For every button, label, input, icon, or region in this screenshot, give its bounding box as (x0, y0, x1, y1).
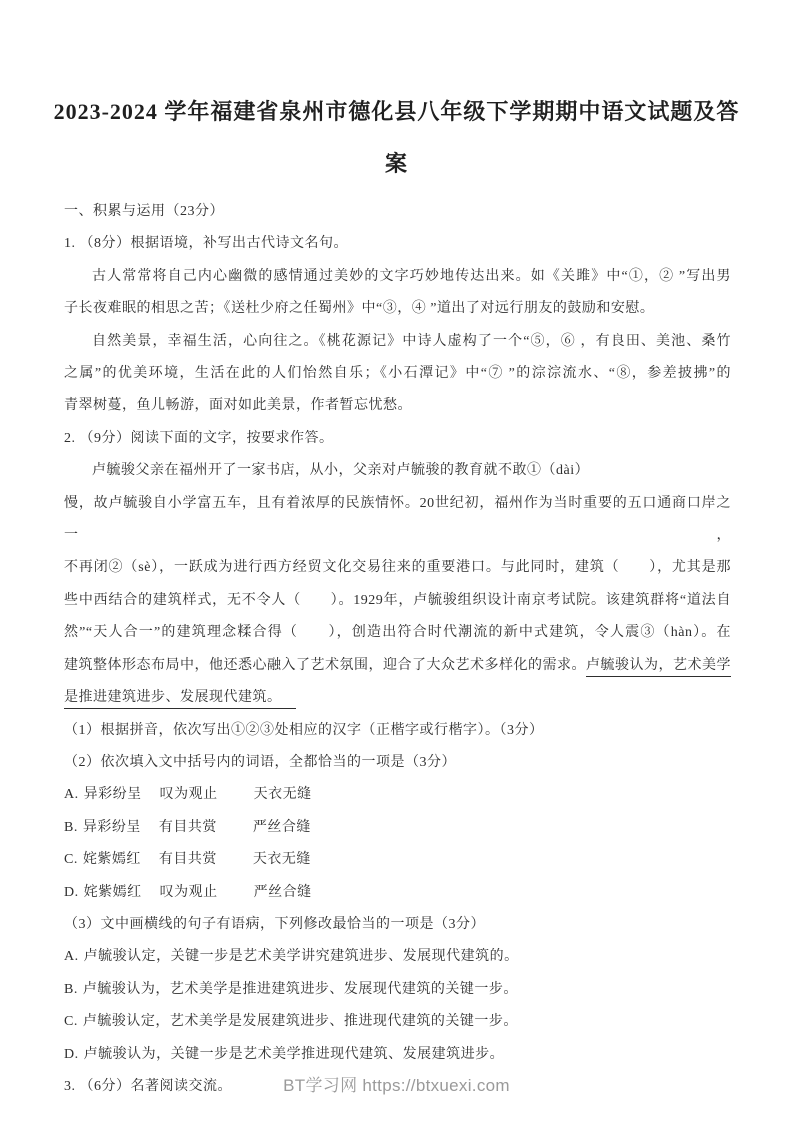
q2-passage-line-1: 卢毓骏父亲在福州开了一家书店，从小，父亲对卢毓骏的教育就不敢①（dài） (64, 455, 731, 487)
option-text: 卢毓骏认定，关键一步是艺术美学讲究建筑进步、发展现代建筑的。 (84, 949, 519, 964)
q2-sub3-option-b: B.卢毓骏认为，艺术美学是推进建筑进步、发展现代建筑的关键一步。 (64, 974, 731, 1006)
document-body: 一、积累与运用（23分） 1. （8分）根据语境，补写出古代诗文名句。 古人常常… (0, 190, 793, 1103)
q2-subquestion-3: （3）文中画横线的句子有语病，下列修改最恰当的一项是（3分） (64, 909, 731, 941)
watermark-footer: BT学习网 https://btxuexi.com (0, 1071, 793, 1096)
document-title-line-2: 案 (40, 138, 753, 190)
option-word: 有目共赏 (159, 820, 217, 835)
option-letter: C. (64, 852, 78, 867)
q2-sub3-option-a: A.卢毓骏认定，关键一步是艺术美学讲究建筑进步、发展现代建筑的。 (64, 941, 731, 973)
q2-passage-line-3: 不再闭②（sè），一跃成为进行西方经贸文化交易往来的重要港口。与此同时，建筑（ … (64, 552, 731, 584)
q2-sub2-option-b: B.异彩纷呈有目共赏严丝合缝 (64, 812, 731, 844)
option-letter: A. (64, 949, 79, 964)
q2-sub2-option-d: D.姹紫嫣红叹为观止严丝合缝 (64, 877, 731, 909)
document-title: 2023-2024 学年福建省泉州市德化县八年级下学期期中语文试题及答 案 (0, 0, 793, 190)
option-word: 有目共赏 (159, 852, 217, 867)
q2-underlined-sentence-part-2: 是推进建筑进步、发展现代建筑。 (64, 690, 296, 709)
option-letter: A. (64, 787, 79, 802)
option-word: 严丝合缝 (253, 820, 311, 835)
q2-passage-line-6-text: 建筑整体形态布局中，他还悉心融入了艺术氛围，迎合了大众艺术多样化的需求。 (64, 658, 586, 673)
option-letter: D. (64, 1047, 79, 1062)
q1-context-paragraph-1-line-1: 古人常常将自己内心幽微的感情通过美妙的文字巧妙地传达出来。如《关雎》中“①，② … (64, 261, 731, 293)
q2-passage-line-7: 是推进建筑进步、发展现代建筑。 (64, 682, 731, 714)
option-letter: B. (64, 820, 78, 835)
q2-sub2-option-c: C.姹紫嫣红有目共赏天衣无缝 (64, 844, 731, 876)
option-text: 卢毓骏认为，关键一步是艺术美学推进现代建筑、发展建筑进步。 (84, 1047, 505, 1062)
q2-underlined-sentence-part-1: 卢毓骏认为，艺术美学 (586, 658, 731, 677)
option-word: 严丝合缝 (254, 885, 312, 900)
q2-subquestion-1: （1）根据拼音，依次写出①②③处相应的汉字（正楷字或行楷字）。（3分） (64, 715, 731, 747)
q1-context-paragraph-2-line-2: 之属”的优美环境，生活在此的人们怡然自乐；《小石潭记》中“⑦ ”的淙淙流水、“⑧… (64, 358, 731, 390)
document-title-line-1: 2023-2024 学年福建省泉州市德化县八年级下学期期中语文试题及答 (40, 86, 753, 138)
option-text: 卢毓骏认定，艺术美学是发展建筑进步、推进现代建筑的关键一步。 (83, 1014, 518, 1029)
option-letter: C. (64, 1014, 78, 1029)
q2-subquestion-2: （2）依次填入文中括号内的词语，全都恰当的一项是（3分） (64, 747, 731, 779)
q2-sub2-option-a: A.异彩纷呈叹为观止天衣无缝 (64, 779, 731, 811)
q1-context-paragraph-1-line-2: 子长夜难眠的相思之苦；《送杜少府之任蜀州》中“③，④ ”道出了对远行朋友的鼓励和… (64, 293, 731, 325)
q2-passage-line-6: 建筑整体形态布局中，他还悉心融入了艺术氛围，迎合了大众艺术多样化的需求。卢毓骏认… (64, 650, 731, 682)
q1-context-paragraph-2-line-3: 青翠树蔓，鱼儿畅游，面对如此美景，作者暂忘忧愁。 (64, 390, 731, 422)
q2-passage-line-4: 些中西结合的建筑样式，无不令人（ ）。1929年，卢毓骏组织设计南京考试院。该建… (64, 585, 731, 617)
option-word: 叹为观止 (160, 787, 218, 802)
option-word: 异彩纷呈 (84, 787, 142, 802)
question-2-heading: 2. （9分）阅读下面的文字，按要求作答。 (64, 423, 731, 455)
q2-sub3-option-d: D.卢毓骏认为，关键一步是艺术美学推进现代建筑、发展建筑进步。 (64, 1039, 731, 1071)
option-word: 异彩纷呈 (83, 820, 141, 835)
q2-passage-line-5: 然”“天人合一”的建筑理念糅合得（ ），创造出符合时代潮流的新中式建筑，令人震③… (64, 617, 731, 649)
option-word: 天衣无缝 (253, 852, 311, 867)
option-text: 卢毓骏认为，艺术美学是推进建筑进步、发展现代建筑的关键一步。 (83, 982, 518, 997)
exam-document-page: 2023-2024 学年福建省泉州市德化县八年级下学期期中语文试题及答 案 一、… (0, 0, 793, 1122)
q2-passage-line-2: 慢，故卢毓骏自小学富五车，且有着浓厚的民族情怀。20世纪初，福州作为当时重要的五… (64, 488, 731, 553)
section-1-heading: 一、积累与运用（23分） (64, 196, 731, 228)
option-word: 天衣无缝 (254, 787, 312, 802)
option-letter: D. (64, 885, 79, 900)
option-word: 姹紫嫣红 (83, 852, 141, 867)
q2-sub3-option-c: C.卢毓骏认定，艺术美学是发展建筑进步、推进现代建筑的关键一步。 (64, 1006, 731, 1038)
option-letter: B. (64, 982, 78, 997)
option-word: 姹紫嫣红 (84, 885, 142, 900)
option-word: 叹为观止 (160, 885, 218, 900)
question-1-heading: 1. （8分）根据语境，补写出古代诗文名句。 (64, 228, 731, 260)
q1-context-paragraph-2-line-1: 自然美景，幸福生活，心向往之。《桃花源记》中诗人虚构了一个“⑤，⑥ ，有良田、美… (64, 326, 731, 358)
